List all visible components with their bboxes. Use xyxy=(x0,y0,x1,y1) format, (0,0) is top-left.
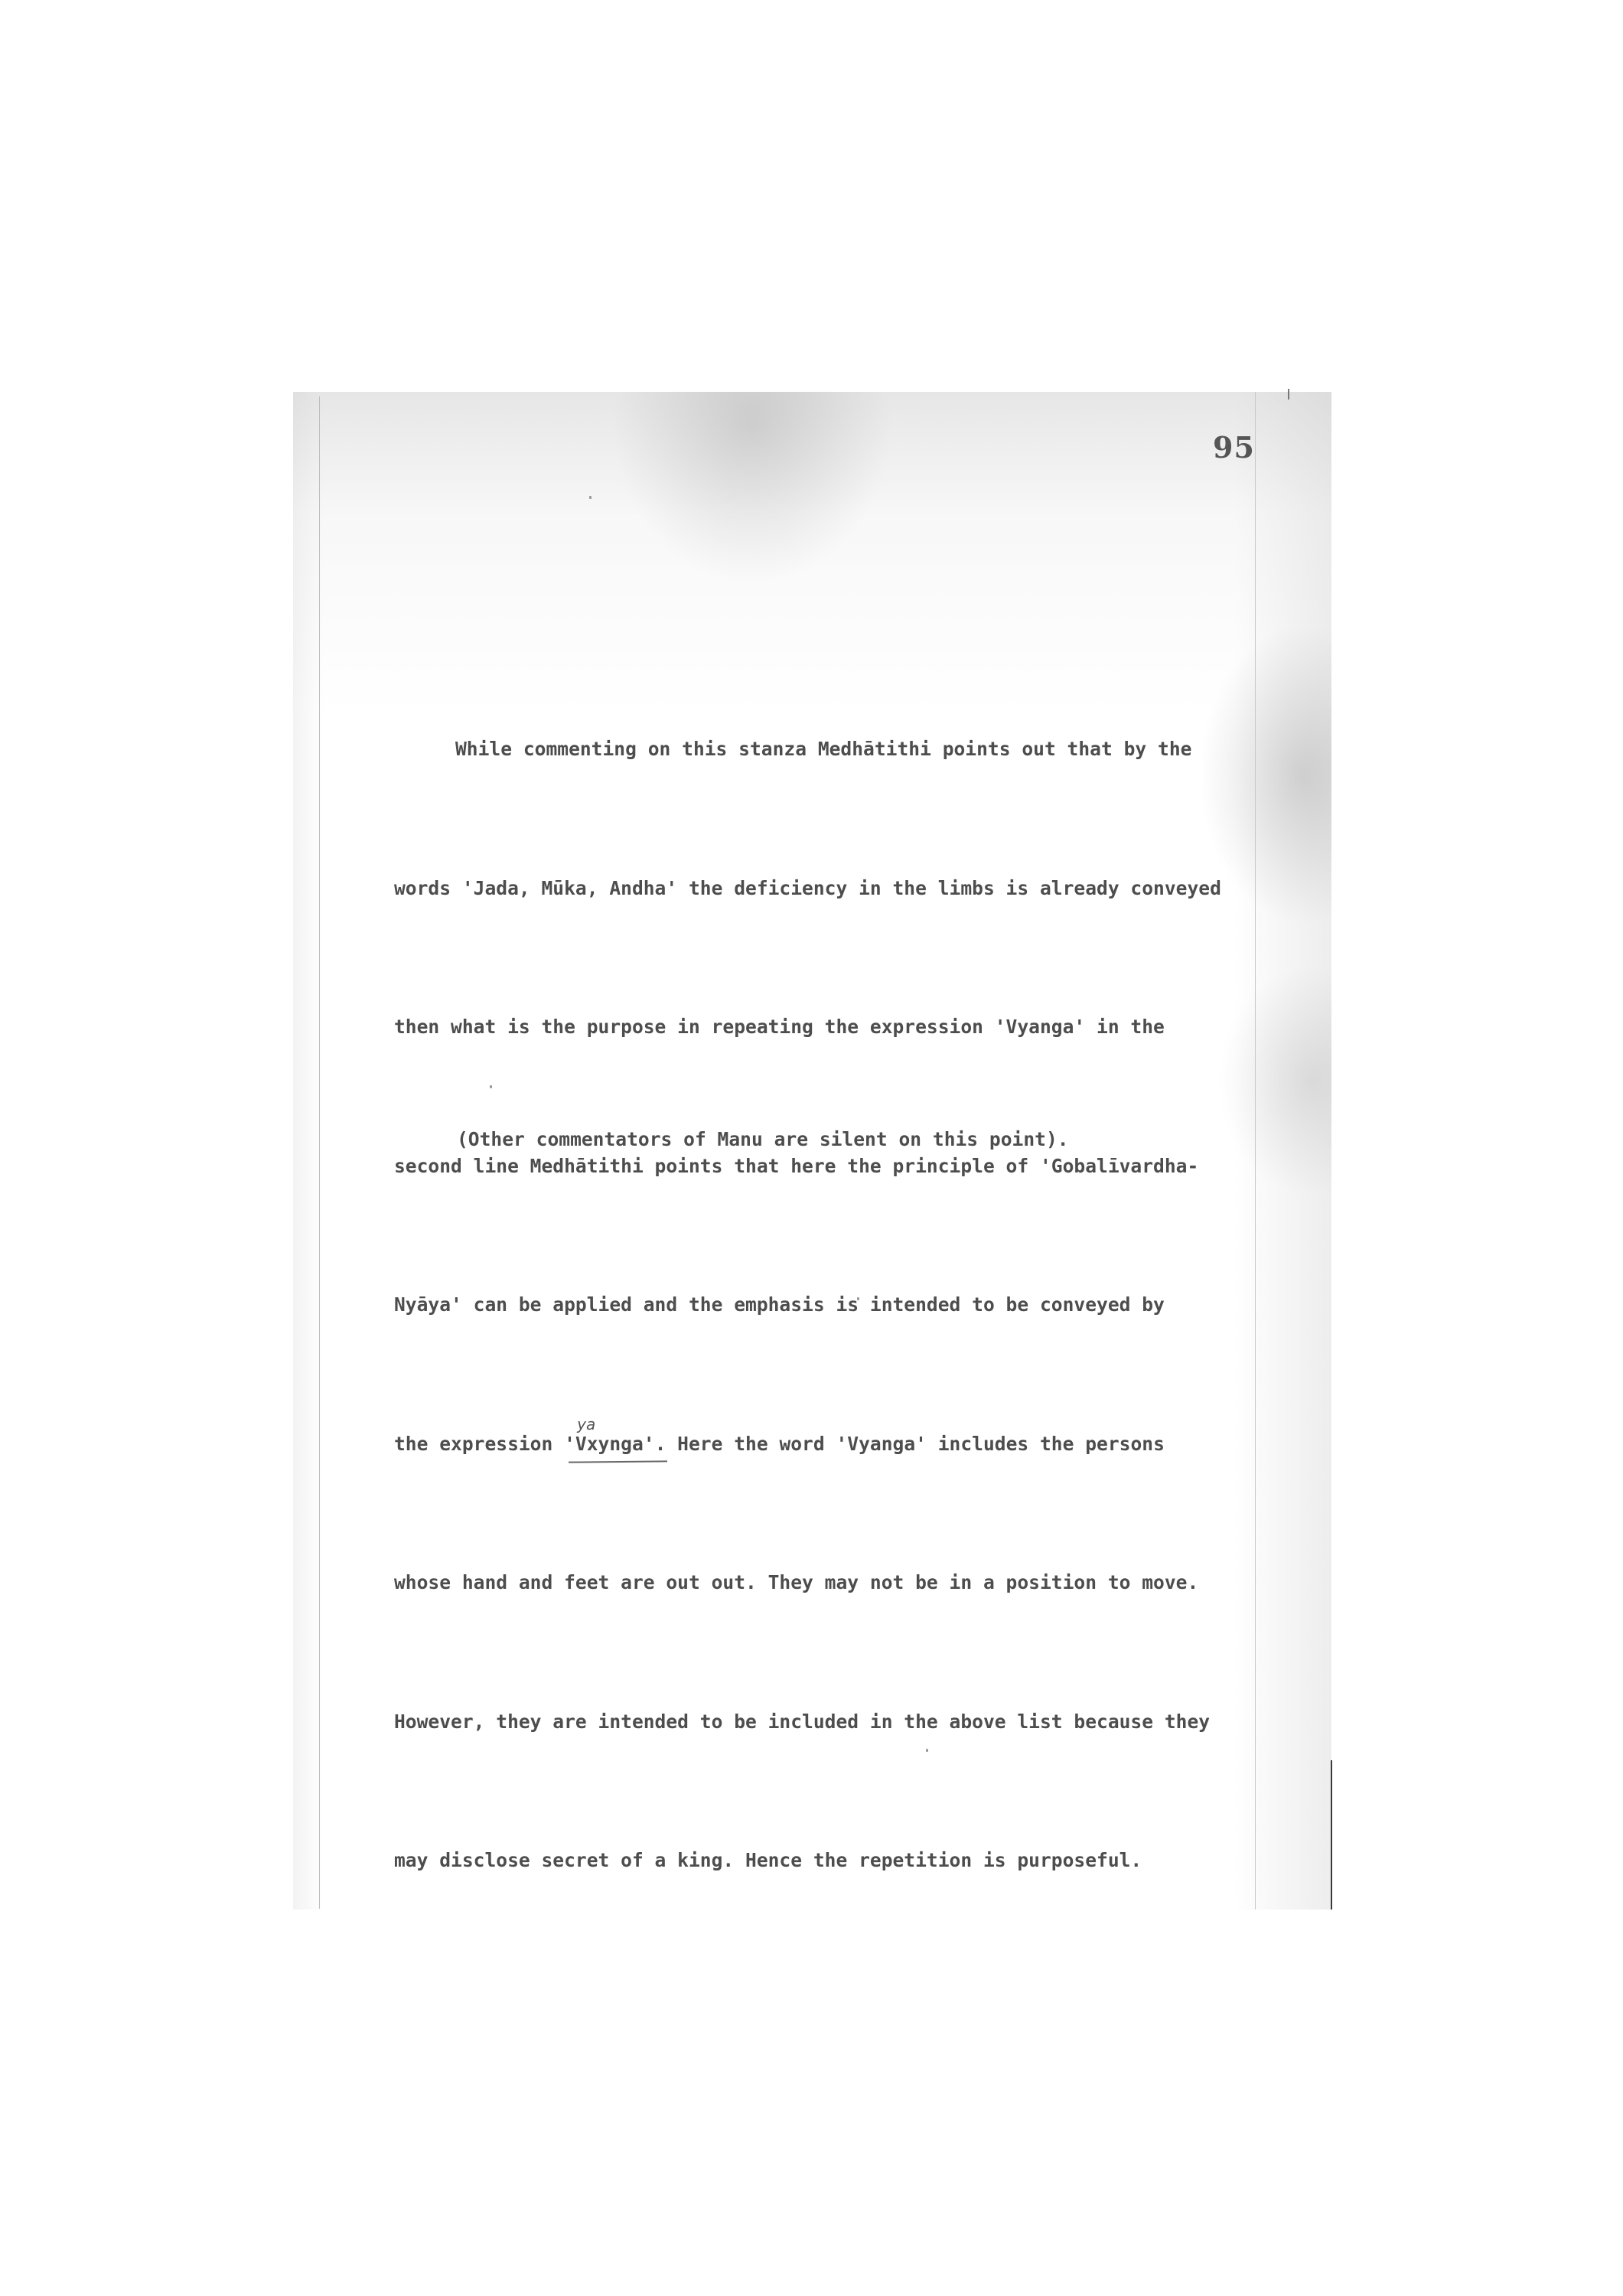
text-line: While commenting on this stanza Medhātit… xyxy=(394,726,1221,773)
text-segment: the expression xyxy=(394,1433,564,1455)
text-line: whose hand and feet are out out. They ma… xyxy=(394,1560,1221,1606)
closing-note: (Other commentators of Manu are silent o… xyxy=(457,1128,1069,1150)
page-edge-right xyxy=(1255,392,1256,1910)
page-number: 95 xyxy=(1213,430,1255,465)
text-line: Nyāya' can be applied and the emphasis i… xyxy=(394,1282,1221,1329)
handwritten-underline xyxy=(569,1460,667,1463)
text-segment: Here the word 'Vyanga' includes the pers… xyxy=(666,1433,1165,1455)
handwritten-correction: ya xyxy=(577,1401,595,1448)
text-line: words 'Jada, Mūka, Andha' the deficiency… xyxy=(394,866,1221,912)
text-line-annotated: the expression ya'Vxynga'. Here the word… xyxy=(394,1421,1221,1468)
scan-mark xyxy=(1288,389,1289,400)
text-line: then what is the purpose in repeating th… xyxy=(394,1004,1221,1051)
text-line: However, they are intended to be include… xyxy=(394,1699,1221,1746)
body-paragraph: While commenting on this stanza Medhātit… xyxy=(394,634,1221,1930)
page-edge-left xyxy=(319,396,320,1909)
text-line: may disclose secret of a king. Hence the… xyxy=(394,1838,1221,1884)
scan-speck xyxy=(589,496,592,499)
page-edge-shadow xyxy=(1331,1760,1332,1910)
annotated-word: ya'Vxynga'. xyxy=(564,1421,666,1468)
